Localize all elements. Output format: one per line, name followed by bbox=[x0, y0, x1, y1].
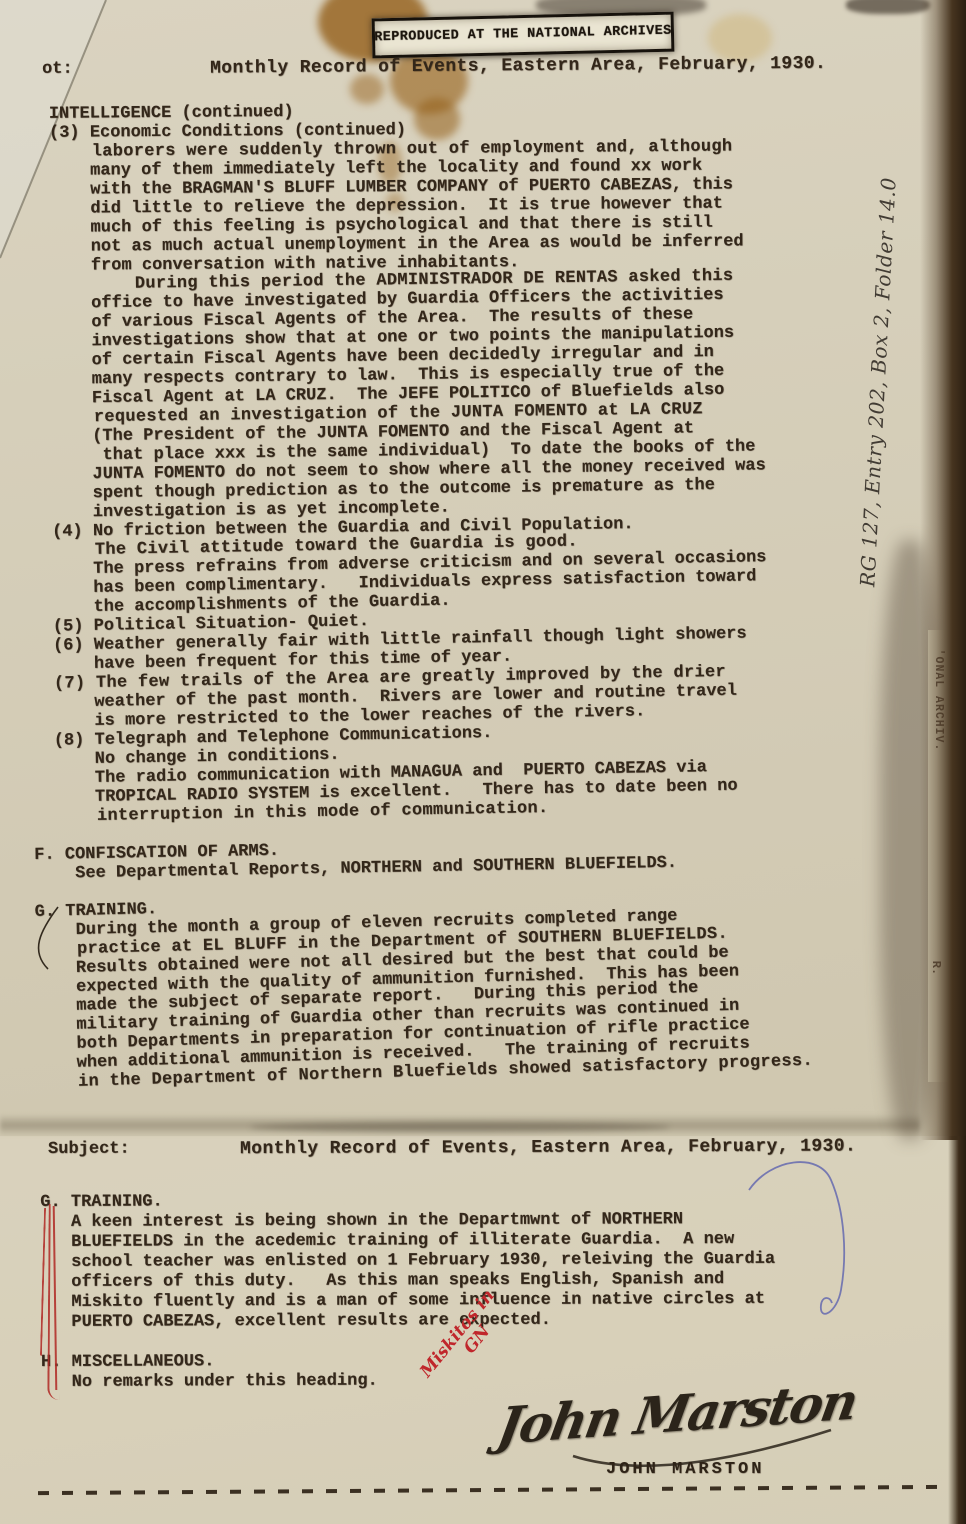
page1-subject-label: ot: bbox=[42, 60, 73, 79]
page1-subject-title: Monthly Record of Events, Eastern Area, … bbox=[210, 54, 826, 79]
page1-body: INTELLIGENCE (continued) (3) Economic Co… bbox=[28, 98, 936, 1093]
page1-subject-line: ot: Monthly Record of Events, Eastern Ar… bbox=[28, 53, 928, 105]
archival-document-photo: REPRODUCED AT THE NATIONAL ARCHIVES ot: … bbox=[0, 0, 966, 1524]
page2-subject-title: Monthly Record of Events, Eastern Area, … bbox=[240, 1136, 856, 1159]
photo-dark-edge-top bbox=[920, 0, 966, 1140]
page2-subject-line: Subject: Monthly Record of Events, Easte… bbox=[40, 1136, 920, 1193]
page-crease-shadow bbox=[250, 1122, 670, 1132]
page1-typed-block: ot: Monthly Record of Events, Eastern Ar… bbox=[28, 53, 936, 1093]
photo-dark-edge-bottom bbox=[948, 1136, 966, 1524]
national-archives-stamp-text: REPRODUCED AT THE NATIONAL ARCHIVES bbox=[374, 25, 672, 46]
signature-typed-name: JOHN MARSTON bbox=[606, 1460, 764, 1479]
page2-typed-block: Subject: Monthly Record of Events, Easte… bbox=[40, 1136, 921, 1393]
red-margin-emphasis-lines bbox=[42, 1204, 62, 1404]
national-archives-stamp: REPRODUCED AT THE NATIONAL ARCHIVES bbox=[372, 12, 675, 59]
page2-subject-label: Subject: bbox=[48, 1140, 130, 1159]
